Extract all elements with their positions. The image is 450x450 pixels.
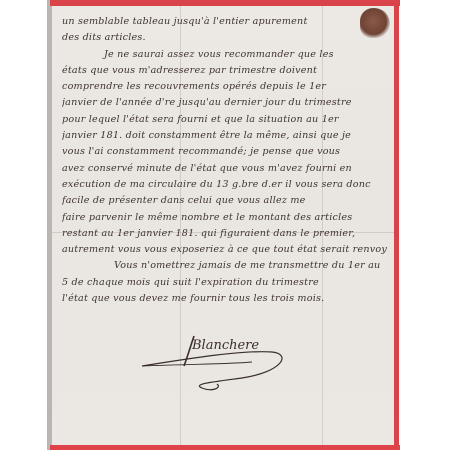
text-line: autrement vous vous exposeriez à ce que …: [62, 242, 387, 258]
text-line: l'état que vous devez me fournir tous le…: [62, 291, 387, 307]
text-line: 5 de chaque mois qui suit l'expiration d…: [62, 275, 387, 291]
frame-bottom-border: [50, 445, 400, 450]
text-line: exécution de ma circulaire du 13 g.bre d…: [62, 177, 387, 193]
text-line: restant au 1er janvier 181. qui figuraie…: [62, 226, 387, 242]
text-line: un semblable tableau jusqu'à l'entier ap…: [62, 14, 387, 30]
text-line: faire parvenir le même nombre et le mont…: [62, 210, 387, 226]
text-line: janvier de l'année d're jusqu'au dernier…: [62, 95, 387, 111]
letter-page: un semblable tableau jusqu'à l'entier ap…: [52, 6, 394, 445]
text-line: facile de présenter dans celui que vous …: [62, 193, 387, 209]
text-line: états que vous m'adresserez par trimestr…: [62, 63, 387, 79]
signature-name: Blanchere: [192, 338, 259, 353]
frame-right-border: [394, 0, 399, 450]
signature: Blanchere: [132, 328, 332, 398]
text-line: comprendre les recouvrements opérés depu…: [62, 79, 387, 95]
text-line: des dits articles.: [62, 30, 387, 46]
text-line: Je ne saurai assez vous recommander que …: [62, 47, 387, 63]
text-line: pour lequel l'état sera fourni et que la…: [62, 112, 387, 128]
text-line: vous l'ai constamment recommandé; je pen…: [62, 144, 387, 160]
text-line: janvier 181. doit constamment être la mê…: [62, 128, 387, 144]
text-line: Vous n'omettrez jamais de me transmettre…: [62, 258, 387, 274]
text-line: avez conservé minute de l'état que vous …: [62, 161, 387, 177]
letter-body: un semblable tableau jusqu'à l'entier ap…: [62, 14, 387, 307]
